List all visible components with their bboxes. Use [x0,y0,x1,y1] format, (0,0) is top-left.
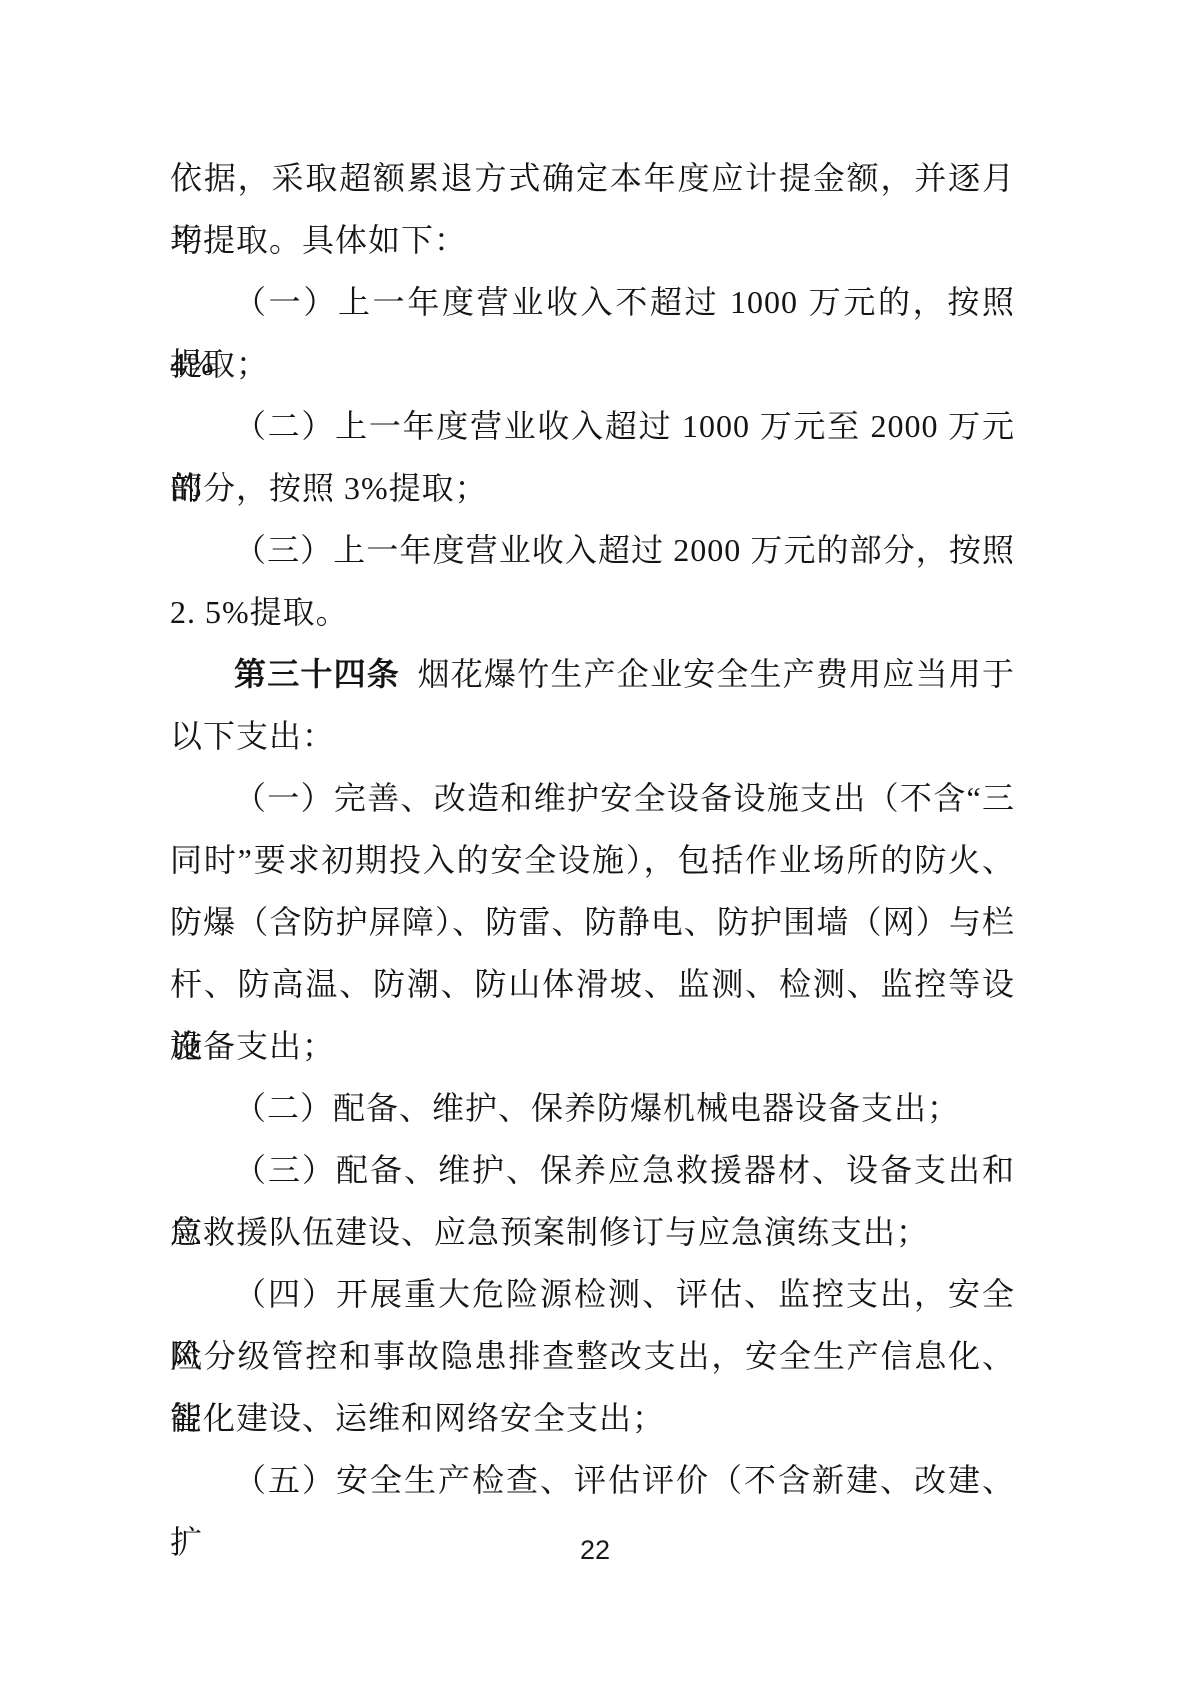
text-line: 部分，按照 3%提取； [170,457,1015,519]
text-line: 以下支出： [170,705,1015,767]
text-line: （二）配备、维护、保养防爆机械电器设备支出； [170,1077,1015,1139]
text-line: 设备支出； [170,1015,1015,1077]
text-line: （四）开展重大危险源检测、评估、监控支出，安全风 [170,1263,1015,1325]
text-line: 依据，采取超额累退方式确定本年度应计提金额，并逐月平 [170,147,1015,209]
text-line: （二）上一年度营业收入超过 1000 万元至 2000 万元的 [170,395,1015,457]
text-line: （五）安全生产检查、评估评价（不含新建、改建、扩 [170,1449,1015,1511]
text-line: 第三十四条烟花爆竹生产企业安全生产费用应当用于 [170,643,1015,705]
text-line: 能化建设、运维和网络安全支出； [170,1387,1015,1449]
text-line: （一）上一年度营业收入不超过 1000 万元的，按照 4% [170,271,1015,333]
text-line: 急救援队伍建设、应急预案制修订与应急演练支出； [170,1201,1015,1263]
text-line: 防爆（含防护屏障）、防雷、防静电、防护围墙（网）与栏 [170,891,1015,953]
text-line: 2. 5%提取。 [170,581,1015,643]
text-line: （一）完善、改造和维护安全设备设施支出（不含“三 [170,767,1015,829]
document-page: 依据，采取超额累退方式确定本年度应计提金额，并逐月平 均提取。具体如下： （一）… [0,0,1190,1683]
text-line: （三）配备、维护、保养应急救援器材、设备支出和应 [170,1139,1015,1201]
text-line: 险分级管控和事故隐患排查整改支出，安全生产信息化、智 [170,1325,1015,1387]
document-body: 依据，采取超额累退方式确定本年度应计提金额，并逐月平 均提取。具体如下： （一）… [170,147,1015,1511]
text-line: 提取； [170,333,1015,395]
text-line: 同时”要求初期投入的安全设施），包括作业场所的防火、 [170,829,1015,891]
text-line: （三）上一年度营业收入超过 2000 万元的部分，按照 [170,519,1015,581]
article-text: 烟花爆竹生产企业安全生产费用应当用于 [418,656,1015,692]
text-line: 杆、防高温、防潮、防山体滑坡、监测、检测、监控等设施 [170,953,1015,1015]
page-number: 22 [0,1534,1190,1566]
article-number: 第三十四条 [234,656,400,692]
text-line: 均提取。具体如下： [170,209,1015,271]
